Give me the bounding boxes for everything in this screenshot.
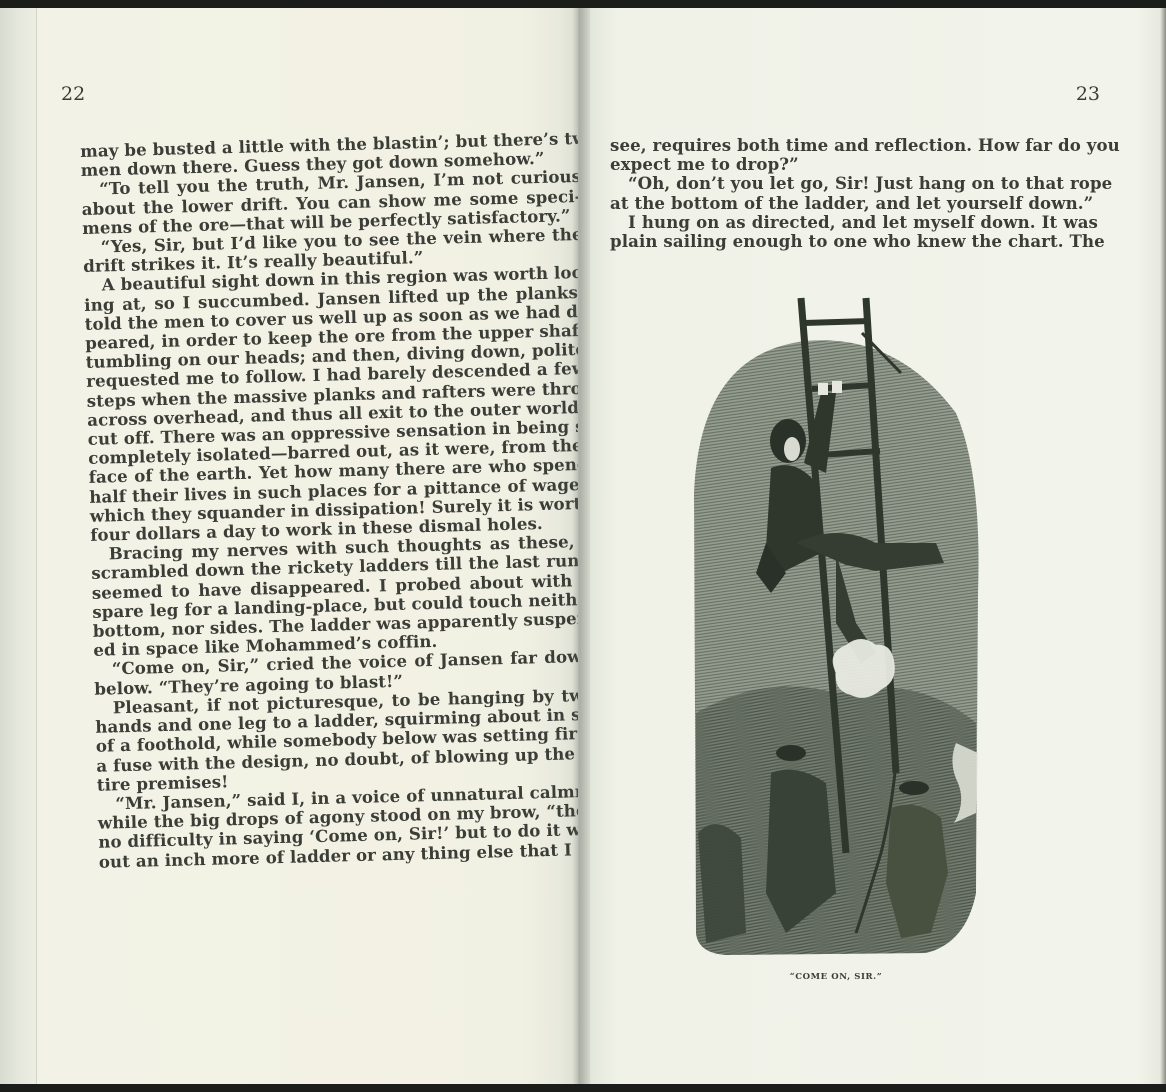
right-page: 23 see, requires both time and reflectio… xyxy=(578,8,1166,1084)
text-line: “Oh, don’t you let go, Sir! Just hang on… xyxy=(610,174,1098,193)
illustration-caption: “COME ON, SIR.” xyxy=(766,972,906,982)
left-page-body-text: may be busted a little with the blastin’… xyxy=(80,129,580,872)
page-number-left: 22 xyxy=(61,83,85,105)
page-stack-edge xyxy=(0,8,37,1084)
book-spread: 22 may be busted a little with the blast… xyxy=(0,8,1166,1084)
book-gutter xyxy=(572,8,590,1084)
text-line: see, requires both time and reflection. … xyxy=(610,136,1098,155)
text-line: expect me to drop?” xyxy=(610,155,1098,174)
text-line: plain sailing enough to one who knew the… xyxy=(610,232,1098,251)
left-page: 22 may be busted a little with the blast… xyxy=(0,8,580,1084)
text-line: I hung on as directed, and let myself do… xyxy=(610,213,1098,232)
page-number-right: 23 xyxy=(1076,83,1100,105)
text-line: at the bottom of the ladder, and let you… xyxy=(610,194,1098,213)
right-page-body-text: see, requires both time and reflection. … xyxy=(610,136,1098,251)
engraving-illustration xyxy=(686,293,982,958)
